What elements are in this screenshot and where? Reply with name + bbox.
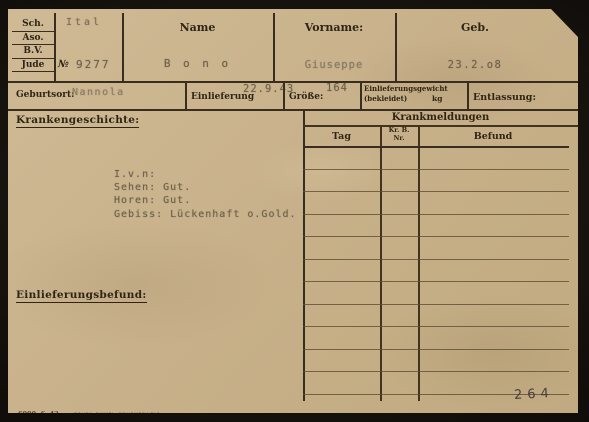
table-empty-rows: [303, 147, 569, 395]
note-line: Horen: Gut.: [114, 194, 297, 207]
table-header-befund: Befund: [418, 131, 568, 142]
table-title: Krankmeldungen: [303, 112, 578, 123]
note-line: I.v.n:: [114, 168, 297, 181]
divider: [185, 81, 187, 109]
printer-line: 6000. 6. 42. DRUCK: DINKEL, SCHIRMECK/EL…: [18, 401, 162, 420]
table-row: [303, 147, 569, 170]
table-header-krb-line2: Nr.: [380, 135, 418, 143]
einlieferung-value: 22.9.43: [243, 83, 294, 95]
name-value: B o n o: [122, 57, 273, 70]
gewicht-unit: kg: [432, 94, 442, 103]
divider: [467, 81, 469, 109]
scan-background: Sch. Aso. B.V. Jude Ital № 9277 Name B o…: [0, 0, 589, 422]
category-aso: Aso.: [12, 33, 54, 46]
category-stack: Sch. Aso. B.V. Jude: [12, 19, 54, 73]
category-jude: Jude: [12, 60, 54, 73]
geburtsort-value: Nannola: [72, 87, 125, 98]
table-header-tag: Tag: [303, 131, 380, 142]
geburtsort-label: Geburtsort:: [16, 90, 74, 100]
divider: [360, 81, 362, 109]
entlassung-label: Entlassung:: [473, 92, 536, 103]
divider: [54, 13, 56, 81]
typed-notes: I.v.n: Sehen: Gut. Horen: Gut. Gebiss: L…: [114, 168, 297, 221]
table-row: [303, 170, 569, 193]
groesse-label: Größe:: [289, 92, 323, 102]
gewicht-label-line1: Einlieferungsgewicht: [364, 84, 448, 93]
table-row: [303, 305, 569, 328]
category-sch: Sch.: [12, 19, 54, 32]
table-row: [303, 215, 569, 238]
gewicht-label-line2: (bekleidet): [364, 94, 407, 103]
note-line: Sehen: Gut.: [114, 181, 297, 194]
vorname-label: Vorname:: [273, 21, 395, 34]
name-label: Name: [122, 21, 273, 34]
table-row: [303, 282, 569, 305]
note-line: Gebiss: Lückenhaft o.Gold.: [114, 208, 297, 221]
prisoner-number: 9277: [76, 58, 111, 71]
category-bv: B.V.: [12, 46, 54, 59]
divider: [8, 109, 578, 111]
table-row: [303, 192, 569, 215]
geb-value: 23.2.o8: [395, 59, 555, 71]
groesse-value: 164: [326, 82, 348, 94]
table-row: [303, 327, 569, 350]
divider: [283, 81, 285, 109]
number-sign: №: [58, 59, 69, 70]
table-row: [303, 237, 569, 260]
table-header-krbnr: Kr. B. Nr.: [380, 127, 418, 142]
vorname-value: Giuseppe: [273, 59, 395, 71]
divider: [303, 125, 578, 127]
print-code: 6000. 6. 42.: [18, 410, 61, 418]
nationality-value: Ital: [66, 17, 102, 28]
einlieferungsbefund-label: Einlieferungsbefund:: [16, 289, 147, 303]
geb-label: Geb.: [395, 21, 555, 34]
handwritten-number: 264: [514, 386, 555, 403]
table-row: [303, 260, 569, 283]
krankengeschichte-label: Krankengeschichte:: [16, 114, 139, 128]
prisoner-card: Sch. Aso. B.V. Jude Ital № 9277 Name B o…: [8, 9, 578, 413]
table-row: [303, 350, 569, 373]
printer-imprint: DRUCK: DINKEL, SCHIRMECK/ELS.: [74, 413, 162, 418]
